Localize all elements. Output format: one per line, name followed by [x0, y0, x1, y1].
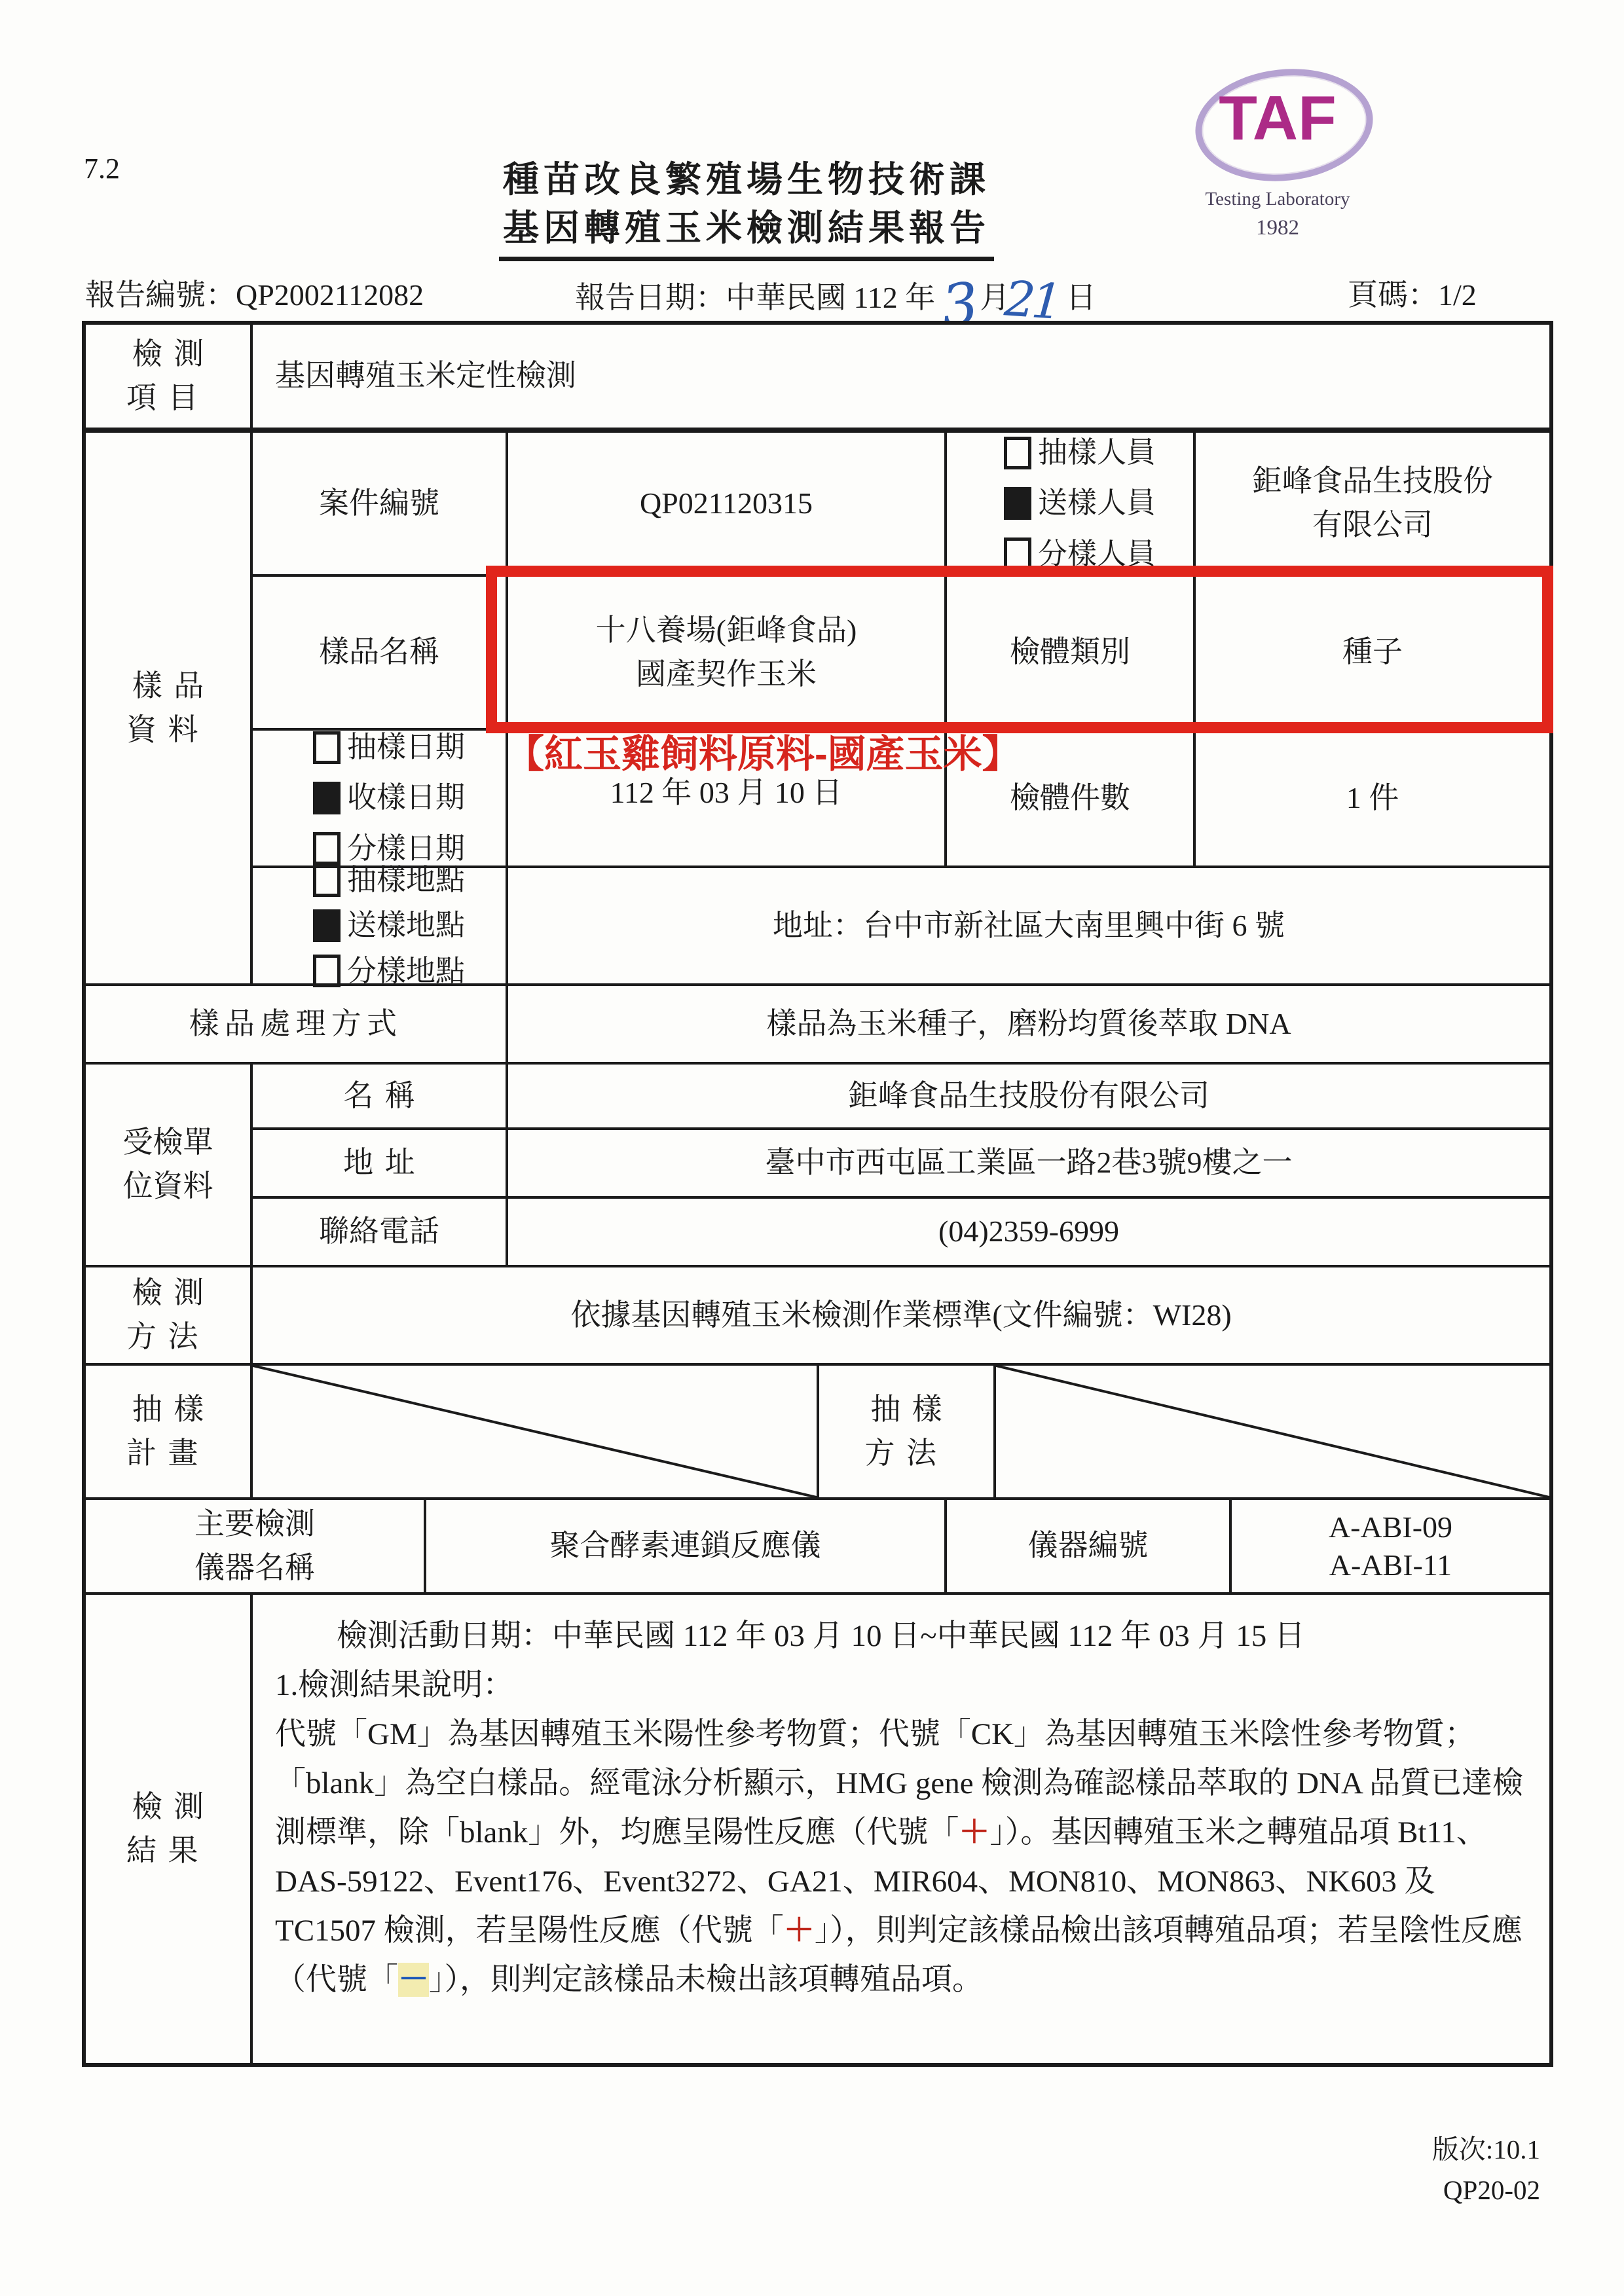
- checkbox-sampling-location: [313, 864, 341, 897]
- checkbox-row: 送樣人員: [1004, 482, 1156, 524]
- checkbox-label: 送樣人員: [1038, 482, 1156, 524]
- checkbox-sampling-date: [313, 731, 341, 764]
- checkbox-row: 抽樣日期: [313, 726, 465, 769]
- sample-name-value: 十八養場(鉅峰食品) 國產契作玉米: [508, 577, 947, 731]
- title-line-2: 基因轉殖玉米檢測結果報告: [393, 204, 1100, 261]
- client-unit-label: 受檢單 位資料: [86, 1065, 253, 1267]
- taf-accreditation-logo: TAF Testing Laboratory 1982: [1189, 60, 1378, 257]
- client-name: 鉅峰食品生技股份 有限公司: [1196, 433, 1549, 577]
- report-table: 檢測 項目 基因轉殖玉米定性檢測 樣品 資料 案件編號 QP021120315 …: [82, 321, 1553, 2067]
- logo-year: 1982: [1175, 216, 1380, 240]
- sampling-method-label: 抽樣 方法: [819, 1366, 996, 1500]
- checkbox-dividing-location: [313, 955, 341, 987]
- scanned-report-page: 7.2 種苗改良繁殖場生物技術課 基因轉殖玉米檢測結果報告 TAF Testin…: [0, 0, 1624, 2296]
- diagonal-line: [996, 1366, 1549, 1497]
- checkbox-label: 抽樣人員: [1038, 431, 1156, 474]
- method-value: 依據基因轉殖玉米檢測作業標準(文件編號：WI28): [253, 1267, 1549, 1366]
- checkbox-label: 抽樣日期: [347, 726, 465, 769]
- specimen-count-value: 1 件: [1196, 731, 1549, 868]
- sample-info-label: 樣品 資料: [86, 433, 253, 986]
- page-footer: 版次:10.1 QP20-02: [1432, 2129, 1540, 2210]
- checkbox-row: 分樣人員: [1004, 533, 1156, 575]
- sample-name-label: 樣品名稱: [253, 577, 508, 731]
- day-unit: 日: [1066, 281, 1096, 314]
- checkbox-sampling-person: [1004, 437, 1031, 469]
- checkbox-label: 抽樣地點: [347, 859, 465, 902]
- sampling-method-empty-cell: [996, 1366, 1549, 1500]
- checkbox-row: 抽樣地點: [313, 859, 465, 902]
- client-unit-phone-label: 聯絡電話: [253, 1199, 508, 1267]
- sample-processing-label: 樣品處理方式: [86, 986, 508, 1065]
- sampling-plan-label: 抽樣 計畫: [86, 1366, 253, 1500]
- report-date-prefix: 報告日期：中華民國 112 年: [575, 281, 935, 314]
- checkbox-dividing-person: [1004, 538, 1031, 570]
- case-number-label: 案件編號: [253, 433, 508, 577]
- specimen-type-value: 種子: [1196, 577, 1549, 731]
- client-unit-phone-value: (04)2359-6999: [508, 1199, 1549, 1267]
- instrument-id-label: 儀器編號: [947, 1500, 1232, 1595]
- checkbox-label: 送樣地點: [347, 904, 465, 947]
- case-number-value: QP021120315: [508, 433, 947, 577]
- page-number: 頁碼：1/2: [1348, 271, 1477, 314]
- logo-subtitle: Testing Laboratory: [1175, 189, 1380, 210]
- instrument-label: 主要檢測 儀器名稱: [86, 1500, 426, 1595]
- sample-processing-value: 樣品為玉米種子，磨粉均質後萃取 DNA: [508, 986, 1549, 1065]
- report-title: 種苗改良繁殖場生物技術課 基因轉殖玉米檢測結果報告: [393, 156, 1100, 261]
- results-paragraph: 檢測活動日期：中華民國 112 年 03 月 10 日~中華民國 112 年 0…: [253, 1595, 1549, 2063]
- red-annotation-text: 【紅玉雞飼料原料-國產玉米】: [506, 723, 1021, 778]
- date-checkbox-group: 抽樣日期 收樣日期 分樣日期: [253, 731, 508, 868]
- logo-taf-text: TAF: [1195, 82, 1360, 155]
- checkbox-row: 收樣日期: [313, 776, 465, 819]
- results-label: 檢測 結果: [86, 1595, 253, 2063]
- test-item-label: 檢測 項目: [86, 325, 253, 433]
- sampling-location-address: 地址：台中市新社區大南里興中街 6 號: [508, 868, 1549, 986]
- client-unit-name-label: 名稱: [253, 1065, 508, 1130]
- footer-version: 版次:10.1: [1432, 2129, 1540, 2170]
- instrument-id-value: A-ABI-09 A-ABI-11: [1232, 1500, 1549, 1595]
- test-item-value: 基因轉殖玉米定性檢測: [253, 325, 1549, 433]
- section-number: 7.2: [84, 152, 120, 185]
- report-number: 報告編號：QP2002112082: [85, 271, 424, 314]
- checkbox-receiving-date: [313, 782, 341, 814]
- footer-form-code: QP20-02: [1432, 2170, 1540, 2210]
- instrument-name: 聚合酵素連鎖反應儀: [426, 1500, 947, 1595]
- method-label: 檢測 方法: [86, 1267, 253, 1366]
- checkbox-label: 收樣日期: [347, 776, 465, 819]
- checkbox-label: 分樣人員: [1038, 533, 1156, 575]
- client-unit-name-value: 鉅峰食品生技股份有限公司: [508, 1065, 1549, 1130]
- title-line-1: 種苗改良繁殖場生物技術課: [393, 156, 1100, 204]
- checkbox-row: 送樣地點: [313, 904, 465, 947]
- title-underlined-text: 基因轉殖玉米檢測結果報告: [499, 204, 994, 261]
- client-unit-address-label: 地址: [253, 1130, 508, 1199]
- sampling-person-checkbox-group: 抽樣人員 送樣人員 分樣人員: [947, 433, 1196, 577]
- sampling-plan-empty-cell: [253, 1366, 819, 1500]
- specimen-type-label: 檢體類別: [947, 577, 1196, 731]
- client-unit-address-value: 臺中市西屯區工業區一路2巷3號9樓之一: [508, 1130, 1549, 1199]
- checkbox-row: 抽樣人員: [1004, 431, 1156, 474]
- checkbox-submitting-location: [313, 909, 341, 942]
- checkbox-submitting-person: [1004, 487, 1031, 520]
- report-meta-line: 報告編號：QP2002112082 報告日期：中華民國 112 年3月21 日 …: [85, 267, 1539, 326]
- location-checkbox-group: 抽樣地點 送樣地點 分樣地點: [253, 868, 508, 986]
- diagonal-line: [253, 1366, 817, 1497]
